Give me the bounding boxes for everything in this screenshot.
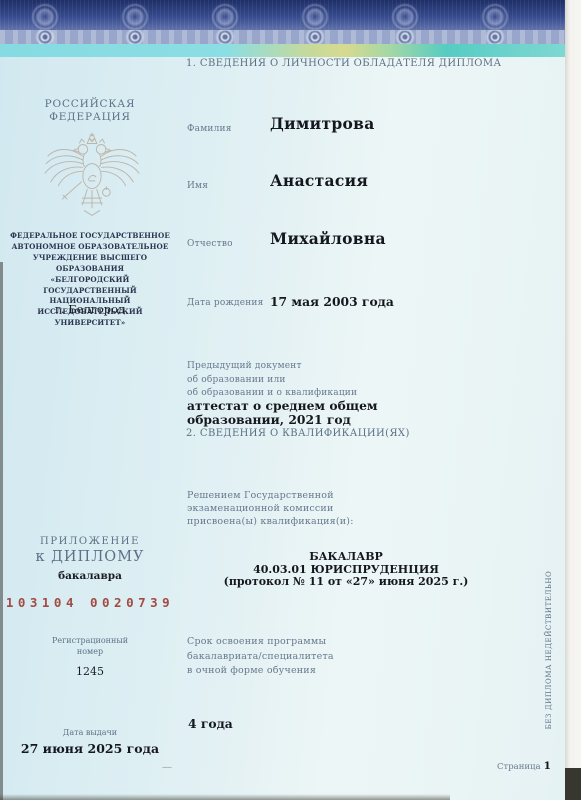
program-duration-label: Срок освоения программы бакалавриата/спе… [187, 635, 334, 679]
section1-header: 1. СВЕДЕНИЯ О ЛИЧНОСТИ ОБЛАДАТЕЛЯ ДИПЛОМ… [186, 58, 502, 69]
left-column: РОССИЙСКАЯ ФЕДЕРАЦИЯ [0, 56, 180, 800]
country-name: РОССИЙСКАЯ ФЕДЕРАЦИЯ [0, 98, 180, 123]
document-type-line2: к ДИПЛОМУ [0, 549, 180, 565]
field-value-surname: Димитрова [270, 114, 375, 133]
footer-dash: — [162, 762, 172, 773]
qualification-decision-label: Решением Государственной экзаменационной… [187, 489, 354, 528]
field-value-firstname: Анастасия [270, 171, 368, 190]
registration-number: 1245 [0, 665, 180, 678]
field-label-birthdate: Дата рождения [187, 298, 264, 308]
security-note-vertical: БЕЗ ДИПЛОМА НЕДЕЙСТВИТЕЛЬНО [545, 571, 553, 730]
document-subtype: бакалавра [0, 570, 180, 582]
field-value-patronymic: Михайловна [270, 229, 386, 248]
scan-right-edge [565, 0, 581, 800]
field-label-firstname: Имя [187, 181, 208, 191]
field-value-birthdate: 17 мая 2003 года [270, 294, 394, 309]
serial-number: 103104 0020739 [0, 595, 180, 610]
page-number-label: Страница1 [497, 760, 551, 772]
field-label-patronymic: Отчество [187, 239, 233, 249]
document-type-line1: ПРИЛОЖЕНИЕ [0, 536, 180, 547]
previous-document-value: аттестат о среднем общем образовании, 20… [187, 399, 472, 427]
program-duration-value: 4 года [188, 716, 233, 731]
russian-coat-of-arms-icon [36, 132, 148, 224]
previous-document-label: Предыдущий документ об образовании или о… [187, 360, 357, 401]
issue-date: 27 июня 2025 года [0, 741, 180, 756]
rosette-border [0, 30, 566, 44]
qualification-value: БАКАЛАВР 40.03.01 ЮРИСПРУДЕНЦИЯ (протоко… [186, 551, 506, 589]
guilloche-border [0, 0, 566, 30]
section2-header: 2. СВЕДЕНИЯ О КВАЛИФИКАЦИИ(ЯХ) [186, 428, 410, 439]
page-number: 1 [544, 760, 551, 772]
diploma-supplement-page: РОССИЙСКАЯ ФЕДЕРАЦИЯ [0, 0, 581, 800]
issue-date-label: Дата выдачи [0, 728, 180, 737]
registration-number-label: Регистрационный номер [0, 635, 180, 657]
institution-city: г. Белгород [0, 302, 180, 316]
field-label-surname: Фамилия [187, 124, 232, 134]
scan-corner-shadow [565, 768, 581, 800]
